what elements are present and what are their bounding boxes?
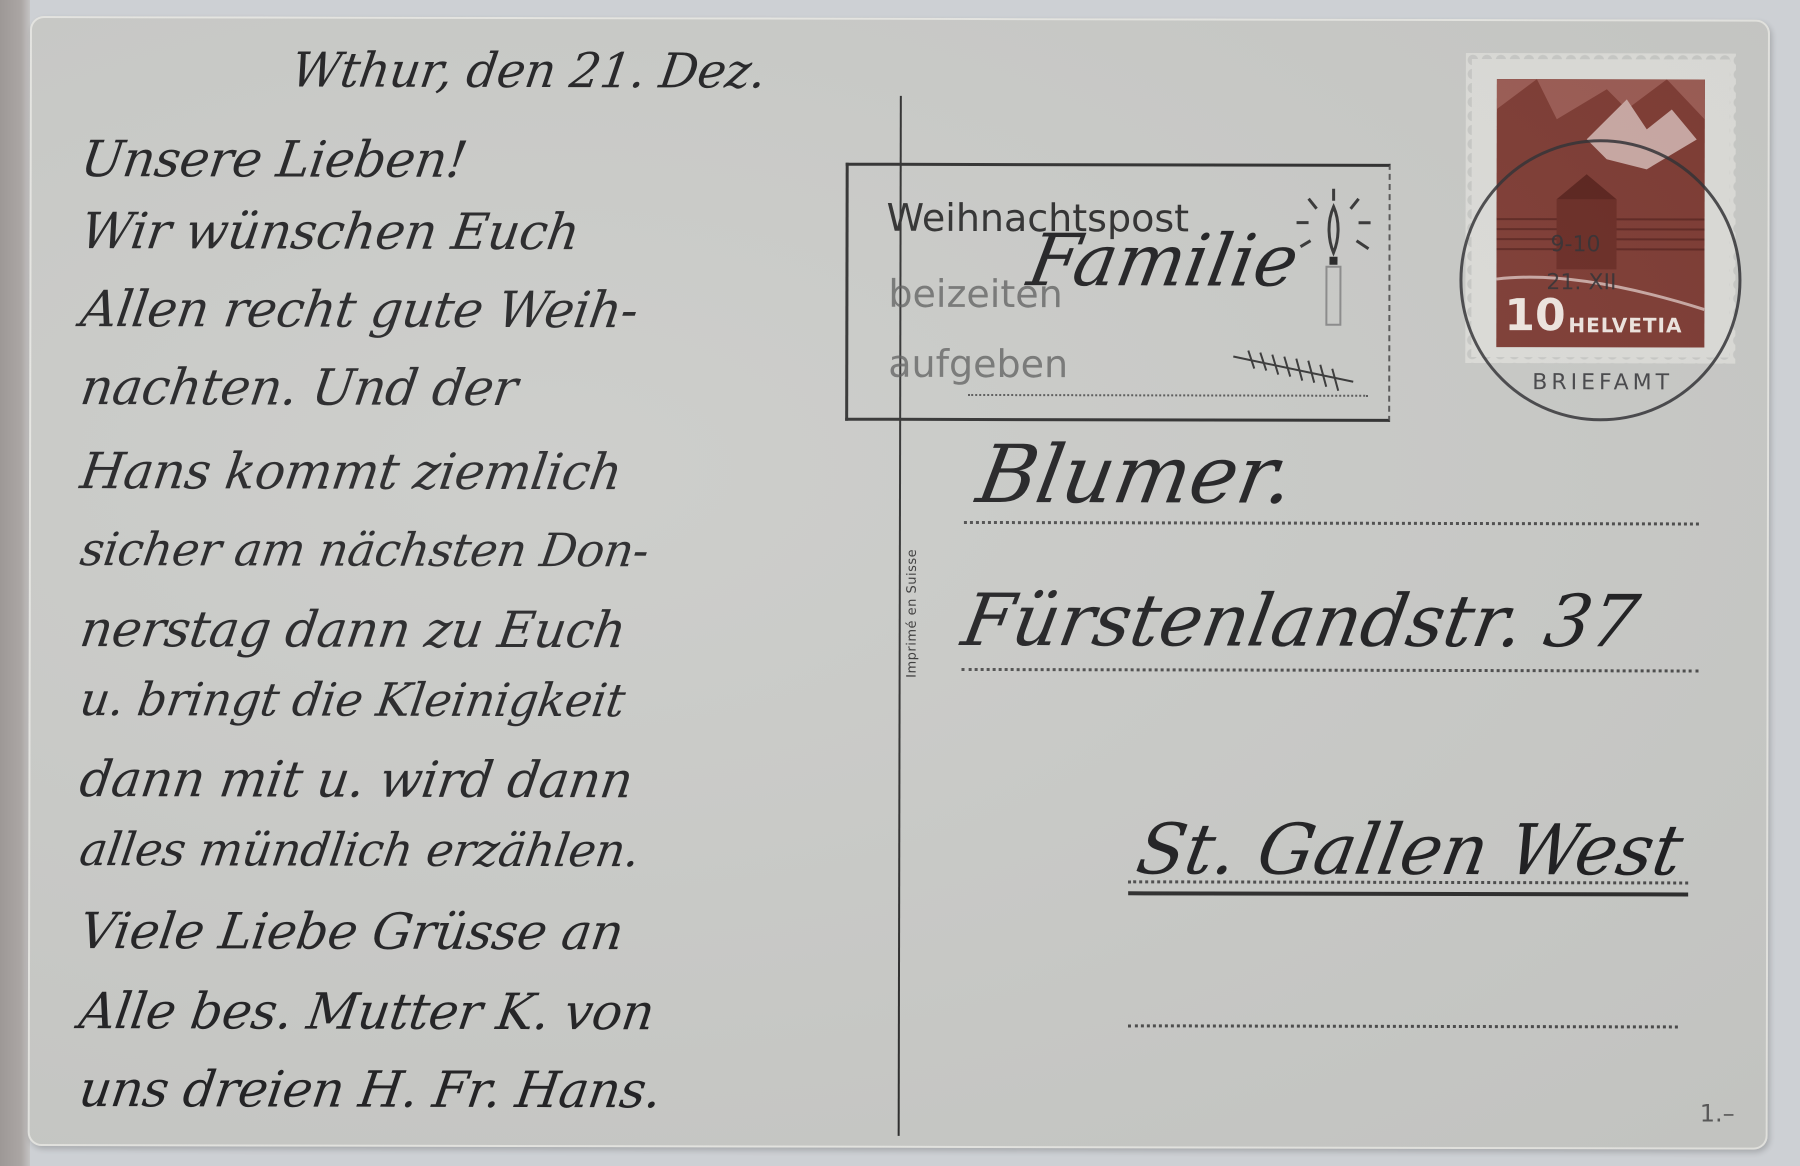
dateline: Wthur, den 21. Dez. [288,47,768,96]
address-line-1: Familie [1022,218,1305,303]
message-line: sicher am nächsten Don- [78,526,652,573]
address-dotted-line-2 [962,668,1699,673]
message-line: Wir wünschen Euch [78,206,583,257]
message-line: nachten. Und der [78,362,521,413]
message-line: alles mündlich erzählen. [77,826,642,873]
address-underline [1128,891,1688,896]
background-shadow [0,0,30,1166]
message-line: u. bringt die Kleinigkeit [77,676,627,723]
message-line: Alle bes. Mutter K. von [76,986,657,1037]
postmark-date: 21. XII [1546,270,1616,295]
address-dotted-line-1 [964,521,1699,526]
message-line: dann mit u. wird dann [77,754,636,805]
printed-note: Imprimé en Suisse [905,549,920,678]
postmark-time: 9-10 [1550,232,1600,257]
slogan-line-3: aufgeben [888,342,1068,386]
message-line: nerstag dann zu Euch [77,604,629,655]
fir-branch-icon [1228,337,1358,397]
candle-icon [1288,187,1378,327]
address-line-4: St. Gallen West [1131,808,1689,891]
message-line: uns dreien H. Fr. Hans. [76,1064,664,1115]
address-dotted-line-4 [1128,1024,1678,1028]
address-line-2: Blumer. [971,428,1302,522]
message-line: Unsere Lieben! [78,134,470,185]
message-line: Viele Liebe Grüsse an [77,906,627,957]
message-line: Hans kommt ziemlich [77,446,625,497]
postmark: 9-10 21. XII BRIEFAMT [1459,139,1742,422]
message-line: Allen recht gute Weih- [78,284,641,335]
postmark-bottom-text: BRIEFAMT [1532,370,1673,395]
address-line-3: Fürstenlandstr. 37 [956,578,1645,663]
postcard: Wthur, den 21. Dez. Unsere Lieben! Wir w… [28,16,1770,1150]
pencil-price-mark: 1.– [1700,1099,1735,1127]
